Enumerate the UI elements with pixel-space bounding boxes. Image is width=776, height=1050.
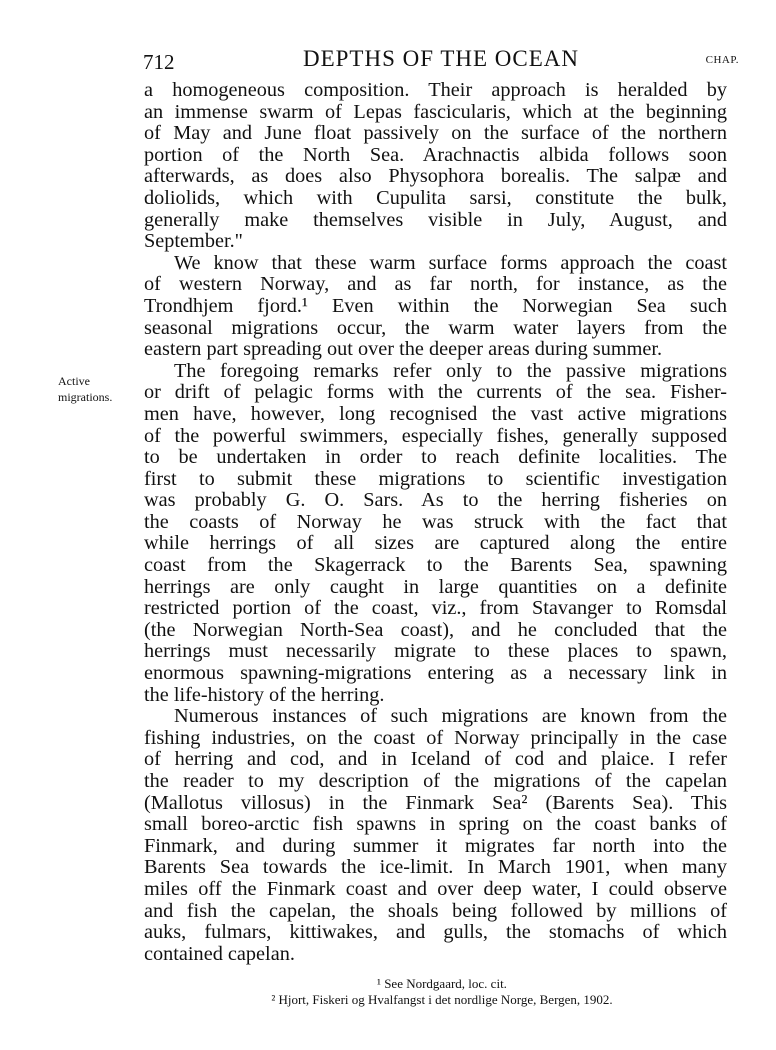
text-line: while herrings of all sizes are captured… bbox=[144, 533, 727, 555]
text-line: portion of the North Sea. Arachnactis al… bbox=[144, 145, 727, 167]
text-line: afterwards, as does also Physophora bore… bbox=[144, 166, 727, 188]
text-line: We know that these warm surface forms ap… bbox=[144, 253, 727, 275]
text-line: or drift of pelagic forms with the curre… bbox=[144, 382, 727, 404]
footnote-1: ¹ See Nordgaard, loc. cit. bbox=[144, 976, 740, 992]
text-line: herrings are only caught in large quanti… bbox=[144, 577, 727, 599]
text-line: restricted portion of the coast, viz., f… bbox=[144, 598, 727, 620]
text-line: the coasts of Norway he was struck with … bbox=[144, 512, 727, 534]
text-line: (the Norwegian North-Sea coast), and he … bbox=[144, 620, 727, 642]
chapter-label: CHAP. bbox=[706, 54, 739, 66]
text-line: of herring and cod, and in Iceland of co… bbox=[144, 749, 727, 771]
text-line: fishing industries, on the coast of Norw… bbox=[144, 728, 727, 750]
text-line: herrings must necessarily migrate to the… bbox=[144, 641, 727, 663]
text-line: auks, fulmars, kittiwakes, and gulls, th… bbox=[144, 922, 727, 944]
footnotes: ¹ See Nordgaard, loc. cit. ² Hjort, Fisk… bbox=[144, 976, 740, 1008]
text-line: the reader to my description of the migr… bbox=[144, 771, 727, 793]
text-line: enormous spawning-migrations entering as… bbox=[144, 663, 727, 685]
text-line: September." bbox=[144, 231, 727, 253]
text-line: Trondhjem fjord.¹ Even within the Norweg… bbox=[144, 296, 727, 318]
text-line: doliolids, which with Cupulita sarsi, co… bbox=[144, 188, 727, 210]
text-line: of western Norway, and as far north, for… bbox=[144, 274, 727, 296]
running-title: DEPTHS OF THE OCEAN bbox=[143, 46, 739, 72]
text-line: seasonal migrations occur, the warm wate… bbox=[144, 318, 727, 340]
text-line: The foregoing remarks refer only to the … bbox=[144, 361, 727, 383]
margin-sidenote: Active migrations. bbox=[58, 373, 112, 405]
text-line: miles off the Finmark coast and over dee… bbox=[144, 879, 727, 901]
text-line: contained capelan. bbox=[144, 944, 727, 966]
text-line: of the powerful swimmers, especially fis… bbox=[144, 426, 727, 448]
text-line: a homogeneous composition. Their approac… bbox=[144, 80, 727, 102]
text-line: was probably G. O. Sars. As to the herri… bbox=[144, 490, 727, 512]
text-line: eastern part spreading out over the deep… bbox=[144, 339, 727, 361]
text-line: of May and June float passively on the s… bbox=[144, 123, 727, 145]
text-line: first to submit these migrations to scie… bbox=[144, 469, 727, 491]
text-line: small boreo-arctic fish spawns in spring… bbox=[144, 814, 727, 836]
text-line: men have, however, long recognised the v… bbox=[144, 404, 727, 426]
footnote-2: ² Hjort, Fiskeri og Hvalfangst i det nor… bbox=[144, 992, 740, 1008]
text-line: generally make themselves visible in Jul… bbox=[144, 210, 727, 232]
body-text: a homogeneous composition. Their approac… bbox=[144, 80, 727, 965]
sidenote-line: migrations. bbox=[58, 389, 112, 405]
text-line: Numerous instances of such migrations ar… bbox=[144, 706, 727, 728]
text-line: Finmark, and during summer it migrates f… bbox=[144, 836, 727, 858]
text-line: the life-history of the herring. bbox=[144, 685, 727, 707]
running-header: 712 DEPTHS OF THE OCEAN CHAP. bbox=[143, 46, 739, 74]
sidenote-line: Active bbox=[58, 373, 112, 389]
text-line: Barents Sea towards the ice-limit. In Ma… bbox=[144, 857, 727, 879]
text-line: (Mallotus villosus) in the Finmark Sea² … bbox=[144, 793, 727, 815]
text-line: and fish the capelan, the shoals being f… bbox=[144, 901, 727, 923]
text-line: coast from the Skagerrack to the Barents… bbox=[144, 555, 727, 577]
text-line: an immense swarm of Lepas fascicularis, … bbox=[144, 102, 727, 124]
text-line: to be undertaken in order to reach defin… bbox=[144, 447, 727, 469]
